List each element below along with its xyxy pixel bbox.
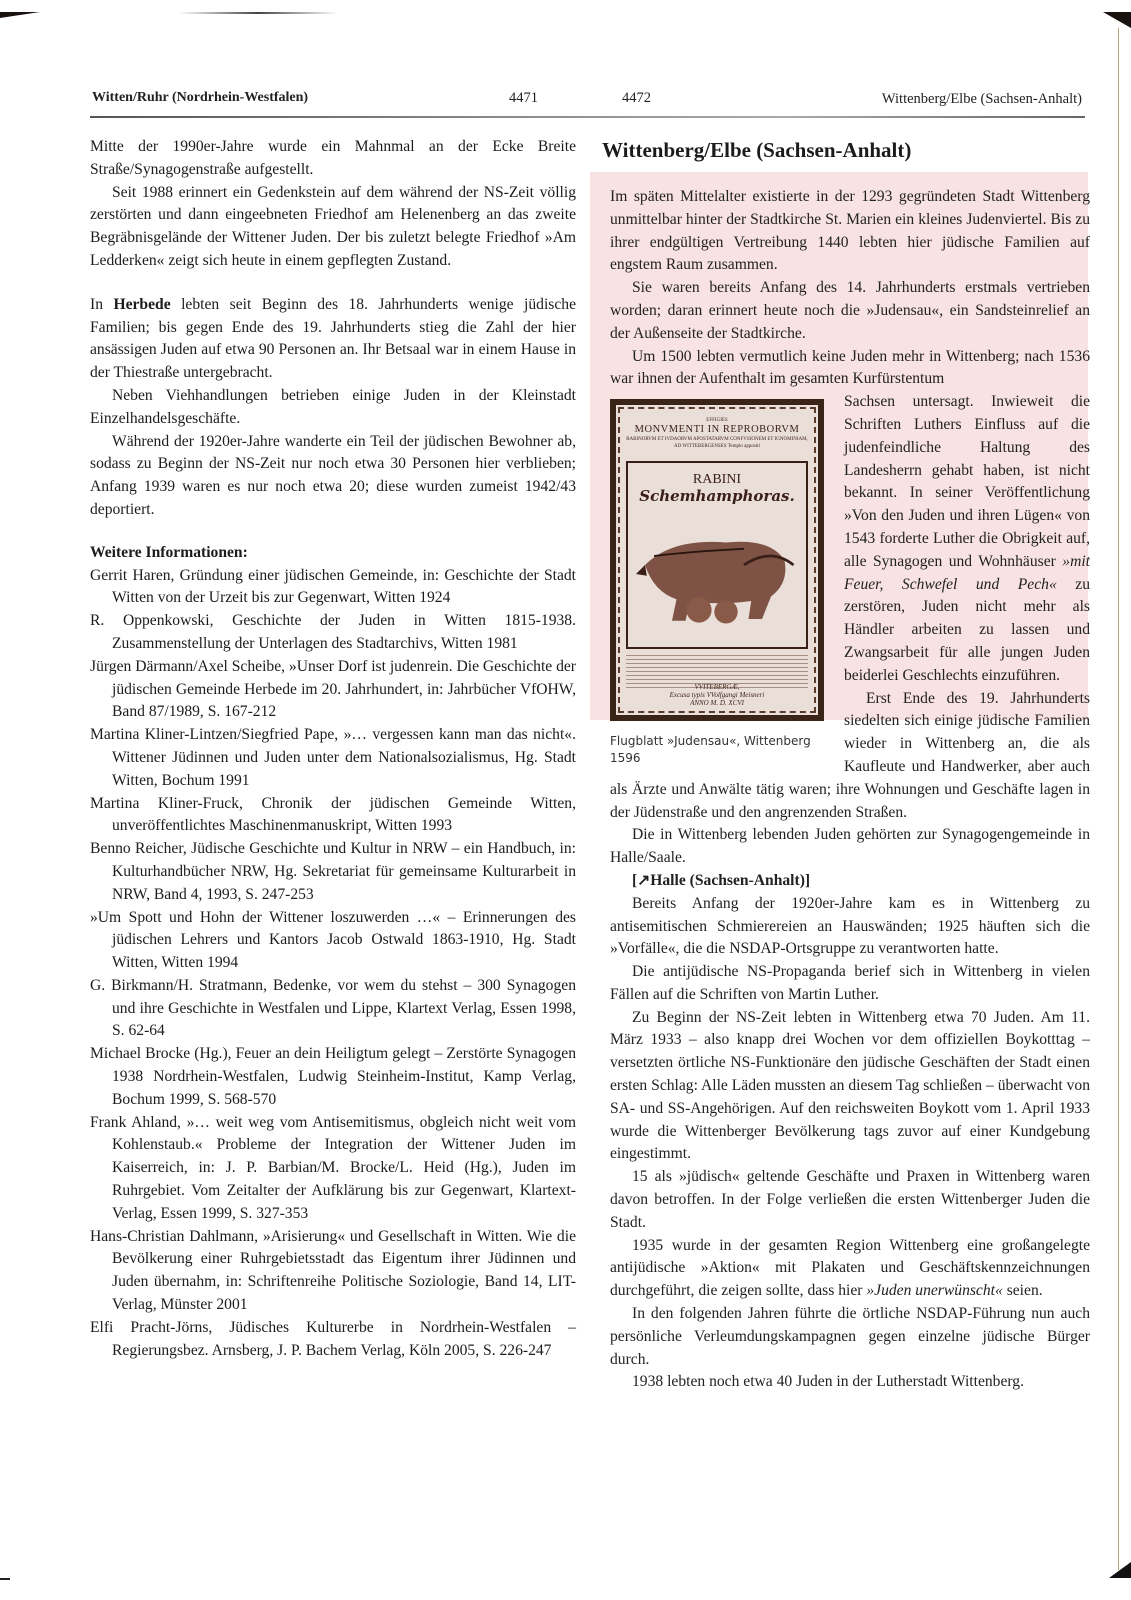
paragraph: 15 als »jüdisch« geltende Geschäfte und … <box>610 1166 1090 1234</box>
article-title: Wittenberg/Elbe (Sachsen-Anhalt) <box>602 136 1090 164</box>
page-corner-shadow <box>0 12 40 18</box>
reference-item: Martina Kliner-Fruck, Chronik der jüdisc… <box>90 793 576 839</box>
paragraph: Seit 1988 erinnert ein Gedenkstein auf d… <box>90 182 576 273</box>
paragraph: 1938 lebten noch etwa 40 Juden in der Lu… <box>610 1371 1090 1394</box>
references-heading: Weitere Informationen: <box>90 542 576 565</box>
paragraph: Während der 1920er-Jahre wanderte ein Te… <box>90 431 576 522</box>
page-corner-shadow <box>1109 1562 1131 1578</box>
paragraph: Erst Ende des 19. Jahrhunderts siedelten… <box>610 688 1090 825</box>
paragraph: Sachsen untersagt. Inwieweit die Schrift… <box>610 391 1090 687</box>
paragraph: Die antijüdische NS-Propaganda berief si… <box>610 961 1090 1007</box>
place-name-herbede: Herbede <box>113 296 170 313</box>
right-column: Wittenberg/Elbe (Sachsen-Anhalt) Im spät… <box>610 136 1090 1394</box>
reference-item: Benno Reicher, Jüdische Geschichte und K… <box>90 838 576 906</box>
reference-item: Martina Kliner-Lintzen/Siegfried Pape, »… <box>90 724 576 792</box>
reference-item: Frank Ahland, »… weit weg vom Antisemiti… <box>90 1112 576 1226</box>
paragraph: Mitte der 1990er-Jahre wurde ein Mahnmal… <box>90 136 576 182</box>
page-number-right: 4472 <box>622 90 651 107</box>
reference-item: »Um Spott und Hohn der Wittener loszuwer… <box>90 907 576 975</box>
paragraph: Die in Wittenberg lebenden Juden gehörte… <box>610 824 1090 870</box>
running-head-left: Witten/Ruhr (Nordrhein-Westfalen) <box>92 90 308 106</box>
reference-item: Michael Brocke (Hg.), Feuer an dein Heil… <box>90 1043 576 1111</box>
reference-item: Hans-Christian Dahlmann, »Arisierung« un… <box>90 1226 576 1317</box>
paragraph: Neben Viehhandlungen betrieben einige Ju… <box>90 385 576 431</box>
paragraph-herbede: In Herbede lebten seit Beginn des 18. Ja… <box>90 294 576 385</box>
paragraph: Um 1500 lebten vermutlich keine Juden me… <box>610 346 1090 392</box>
page-edge-shadow <box>178 12 338 14</box>
paragraph: 1935 wurde in der gesamten Region Witten… <box>610 1235 1090 1303</box>
reference-item: G. Birkmann/H. Stratmann, Bedenke, vor w… <box>90 975 576 1043</box>
quote-italic: »Juden unerwünscht« <box>866 1282 1002 1299</box>
paragraph: Im späten Mittelalter existierte in der … <box>610 186 1090 277</box>
header-rule <box>90 116 1085 118</box>
page-corner-shadow <box>1103 12 1131 28</box>
book-spine-edge <box>1118 28 1119 1570</box>
running-header: Witten/Ruhr (Nordrhein-Westfalen) 4471 4… <box>92 88 1082 116</box>
paragraph: Sie waren bereits Anfang des 14. Jahrhun… <box>610 277 1090 345</box>
paragraph: In den folgenden Jahren führte die örtli… <box>610 1303 1090 1371</box>
page-corner-shadow <box>0 1578 10 1580</box>
page-number-left: 4471 <box>509 90 538 107</box>
left-column: Mitte der 1990er-Jahre wurde ein Mahnmal… <box>90 136 576 1362</box>
reference-item: Elfi Pracht-Jörns, Jüdisches Kulturerbe … <box>90 1317 576 1363</box>
reference-item: Gerrit Haren, Gründung einer jüdischen G… <box>90 565 576 611</box>
cross-reference-link[interactable]: [↗Halle (Sachsen-Anhalt)] <box>610 870 1090 893</box>
reference-item: Jürgen Därmann/Axel Scheibe, »Unser Dorf… <box>90 656 576 724</box>
reference-item: R. Oppenkowski, Geschichte der Juden in … <box>90 610 576 656</box>
paragraph: Zu Beginn der NS-Zeit lebten in Wittenbe… <box>610 1007 1090 1167</box>
references-list: Gerrit Haren, Gründung einer jüdischen G… <box>90 565 576 1363</box>
running-head-right: Wittenberg/Elbe (Sachsen-Anhalt) <box>882 91 1082 108</box>
paragraph: Bereits Anfang der 1920er-Jahre kam es i… <box>610 893 1090 961</box>
